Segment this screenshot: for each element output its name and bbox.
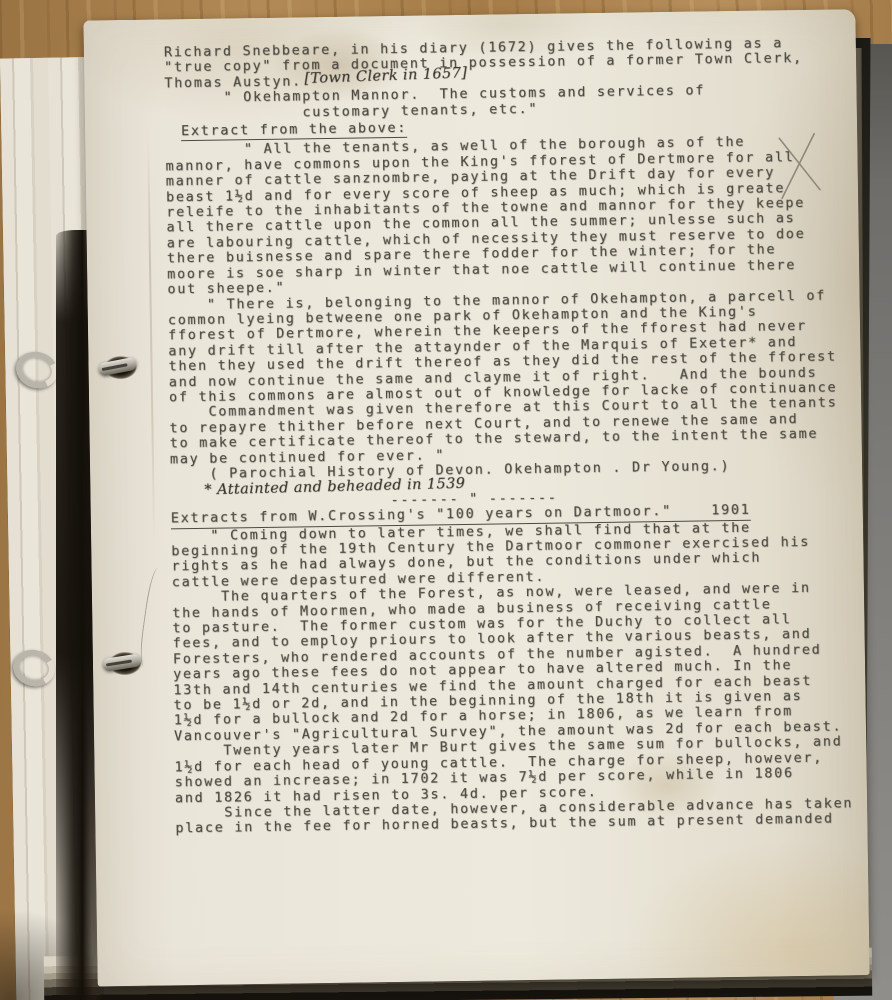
parcell-quote-paragraph: " There is, belonging to the mannor of O… — [168, 288, 861, 483]
forest-quarters-paragraph: The quarters of the Forest, as now, were… — [172, 580, 864, 744]
extract-heading: Extract from the above: — [181, 121, 407, 140]
paper-fold-line — [147, 140, 155, 540]
pencil-margin-mark — [137, 567, 168, 668]
photo-of-typewritten-document: Richard Snebbeare, in his diary (1672) g… — [0, 0, 892, 1000]
typewritten-text: Richard Snebbeare, in his diary (1672) g… — [164, 35, 866, 837]
twenty-years-paragraph: Twenty years later Mr Burt gives the sam… — [174, 734, 865, 806]
typewritten-page: Richard Snebbeare, in his diary (1672) g… — [83, 9, 869, 986]
tenants-quote-paragraph: " All the tenants, as well of the boroug… — [165, 134, 857, 298]
